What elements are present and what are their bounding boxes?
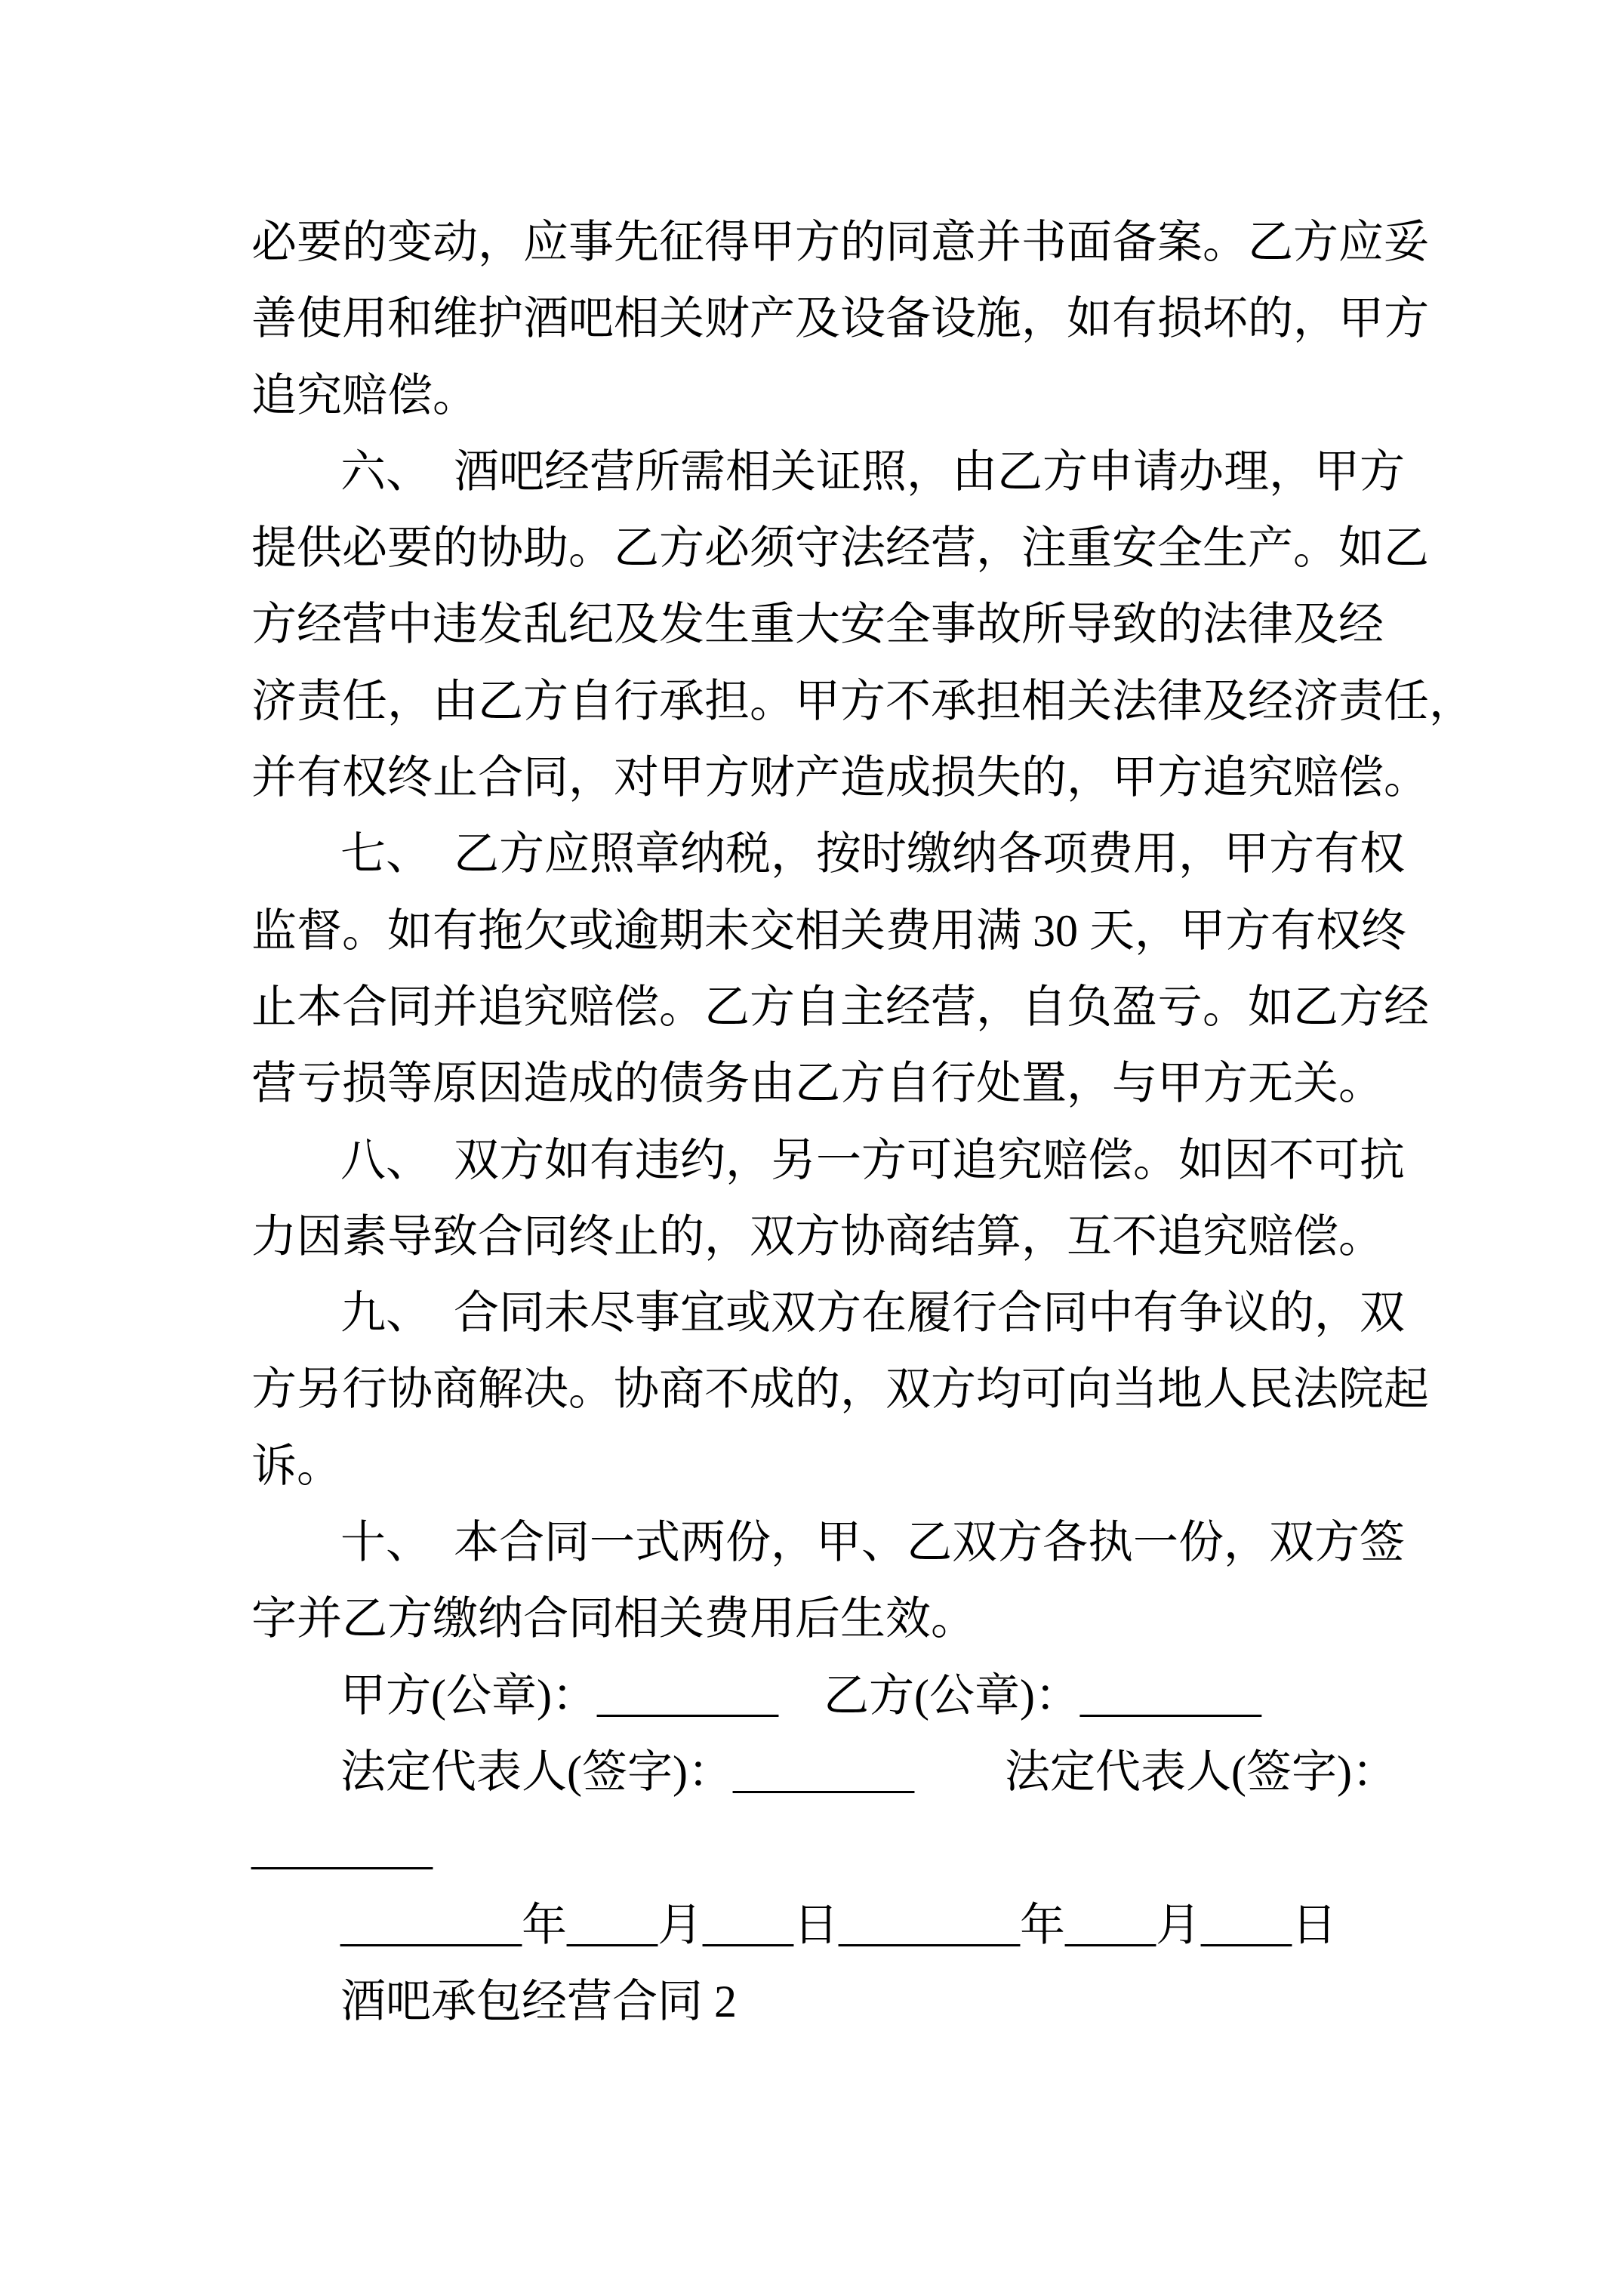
text-line: 诉。 — [251, 1428, 1550, 1505]
text-line: 止本合同并追究赔偿。乙方自主经营，自负盈亏。如乙方经 — [251, 969, 1550, 1046]
date-line: ________年____月____日________年____月____日 — [251, 1888, 1550, 1964]
clause-nine-line: 九、 合同未尽事宜或双方在履行合同中有争议的，双 — [251, 1275, 1550, 1351]
text-line: 善使用和维护酒吧相关财产及设备设施，如有损坏的，甲方 — [251, 281, 1550, 357]
blank-underline-line: ________ — [251, 1811, 1550, 1887]
text-line: 字并乙方缴纳合同相关费用后生效。 — [251, 1581, 1550, 1657]
clause-seven-line: 七、 乙方应照章纳税，按时缴纳各项费用，甲方有权 — [251, 816, 1550, 892]
text-line: 营亏损等原因造成的债务由乙方自行处置，与甲方无关。 — [251, 1046, 1550, 1122]
text-line: 方另行协商解决。协商不成的，双方均可向当地人民法院起 — [251, 1351, 1550, 1428]
text-line: 必要的变动，应事先征得甲方的同意并书面备案。乙方应妥 — [251, 205, 1550, 281]
text-line: 监督。如有拖欠或逾期未交相关费用满 30 天，甲方有权终 — [251, 893, 1550, 969]
text-line: 方经营中违发乱纪及发生重大安全事故所导致的法律及经 — [251, 587, 1550, 663]
section-heading: 酒吧承包经营合同 2 — [251, 1964, 1550, 2040]
clause-six-line: 六、 酒吧经营所需相关证照，由乙方申请办理，甲方 — [251, 434, 1550, 510]
text-line: 提供必要的协助。乙方必须守法经营，注重安全生产。如乙 — [251, 510, 1550, 587]
text-line: 力因素导致合同终止的，双方协商结算，互不追究赔偿。 — [251, 1199, 1550, 1275]
text-line: 济责任，由乙方自行承担。甲方不承担相关法律及经济责任， — [251, 664, 1550, 740]
clause-eight-line: 八、 双方如有违约，另一方可追究赔偿。如因不可抗 — [251, 1123, 1550, 1199]
document-body: 必要的变动，应事先征得甲方的同意并书面备案。乙方应妥 善使用和维护酒吧相关财产及… — [251, 205, 1550, 2040]
document-page: 必要的变动，应事先征得甲方的同意并书面备案。乙方应妥 善使用和维护酒吧相关财产及… — [0, 0, 1623, 2296]
seal-signature-line: 甲方(公章)：________ 乙方(公章)：________ — [251, 1658, 1550, 1734]
legal-representative-line: 法定代表人(签字)：________ 法定代表人(签字)： — [251, 1734, 1550, 1811]
clause-ten-line: 十、 本合同一式两份，甲、乙双方各执一份，双方签 — [251, 1505, 1550, 1581]
text-line: 并有权终止合同，对甲方财产造成损失的，甲方追究赔偿。 — [251, 740, 1550, 816]
text-line: 追究赔偿。 — [251, 358, 1550, 434]
